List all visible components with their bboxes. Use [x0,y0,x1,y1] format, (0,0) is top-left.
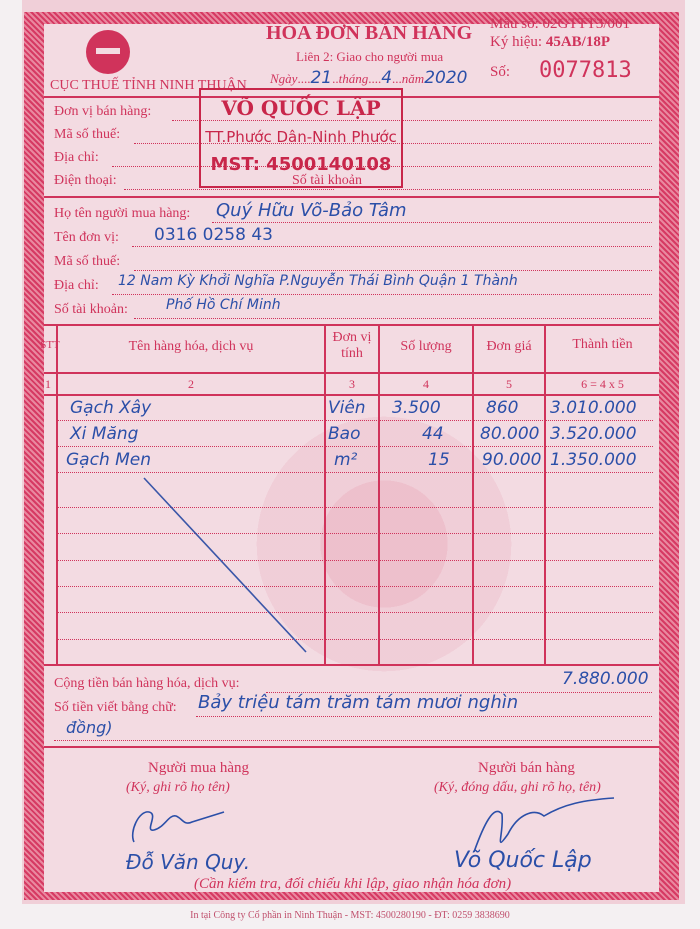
total-label: Cộng tiền bán hàng hóa, dịch vụ: [54,676,239,692]
buyer-sign-title: Người mua hàng [148,760,249,777]
amount-in-words-label: Số tiền viết bằng chữ: [54,700,177,716]
invoice-body: CỤC THUẾ TỈNH NINH THUẬN HÓA ĐƠN BÁN HÀN… [44,24,659,892]
seller-sign-title: Người bán hàng [478,760,575,777]
amount-in-words-line1: Bảy triệu tám trăm tám mươi nghìn [198,692,518,713]
dotted-line [196,716,652,717]
buyer-sign-name: Đỗ Văn Quy. [126,850,250,874]
printer-footer: In tại Công ty Cổ phần in Ninh Thuận - M… [0,910,700,921]
buyer-sign-note: (Ký, ghi rõ họ tên) [126,780,230,796]
total-amount: 7.880.000 [562,669,649,689]
dotted-line [54,740,652,741]
buyer-signature [124,802,244,852]
divider [44,746,659,748]
check-note: (Cần kiểm tra, đối chiếu khi lập, giao n… [194,876,511,893]
seller-sign-name: Võ Quốc Lập [454,848,592,873]
amount-in-words-line2: đồng) [66,718,112,737]
